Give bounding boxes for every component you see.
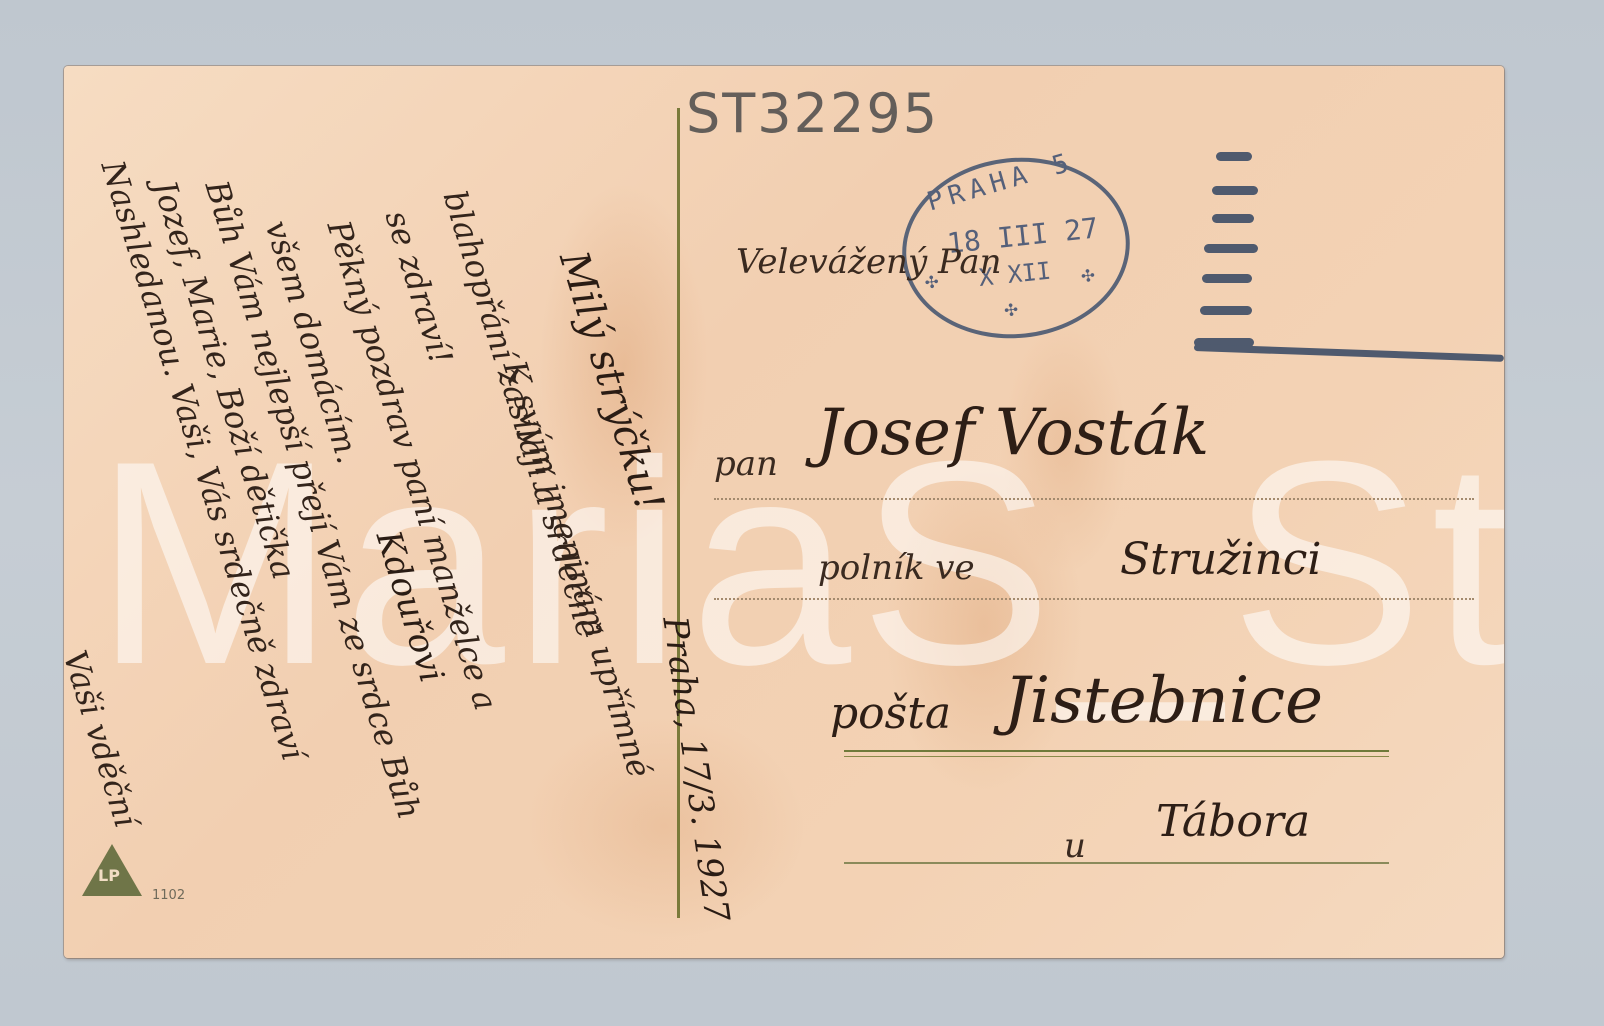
cancel-bar (1200, 306, 1252, 315)
message-line: Vaši vděční (64, 646, 145, 831)
cancel-bar (1216, 152, 1252, 161)
address-rule (844, 750, 1389, 752)
address-line4-place: Tábora (1156, 796, 1310, 847)
recipient-name: Josef Vosták (816, 396, 1209, 470)
cancellation-line (1194, 344, 1504, 362)
address-line2-place: Stružinci (1120, 534, 1322, 585)
stock-number: ST32295 (686, 82, 939, 145)
publisher-code: 1102 (152, 888, 185, 903)
cancel-bar (1212, 186, 1258, 195)
address-line3-prefix: pošta (830, 688, 951, 739)
cancel-bar (1202, 274, 1252, 283)
cancel-bar (1204, 244, 1258, 253)
sender-location-date: Praha, 17/3. 1927 (654, 614, 736, 924)
address-rule (844, 862, 1389, 864)
postmark-ornament-icon: ✣ (1003, 296, 1019, 322)
cancel-bar (1212, 214, 1254, 223)
address-line4-prefix: u (1064, 826, 1086, 866)
publisher-logo-text: LP (98, 866, 120, 885)
publisher-logo-triangle-icon: LP (82, 844, 142, 896)
address-rule (714, 498, 1474, 500)
address-prefix: pan (714, 444, 778, 484)
postmark-city: PRAHA 5 (924, 147, 1078, 218)
message-area: Milý strýčku! K svým jmeninám upřímné bl… (84, 106, 664, 936)
address-rule (714, 598, 1474, 600)
address-line3-place: Jistebnice (1004, 664, 1323, 738)
postmark-ornament-icon: ✣ (1080, 262, 1096, 288)
address-line2-prefix: polník ve (818, 548, 975, 588)
postcard: MariaS_Stor ST32295 PRAHA 5 18 III 27 X … (64, 66, 1504, 958)
address-salutation: Velevážený Pan (736, 242, 1002, 282)
